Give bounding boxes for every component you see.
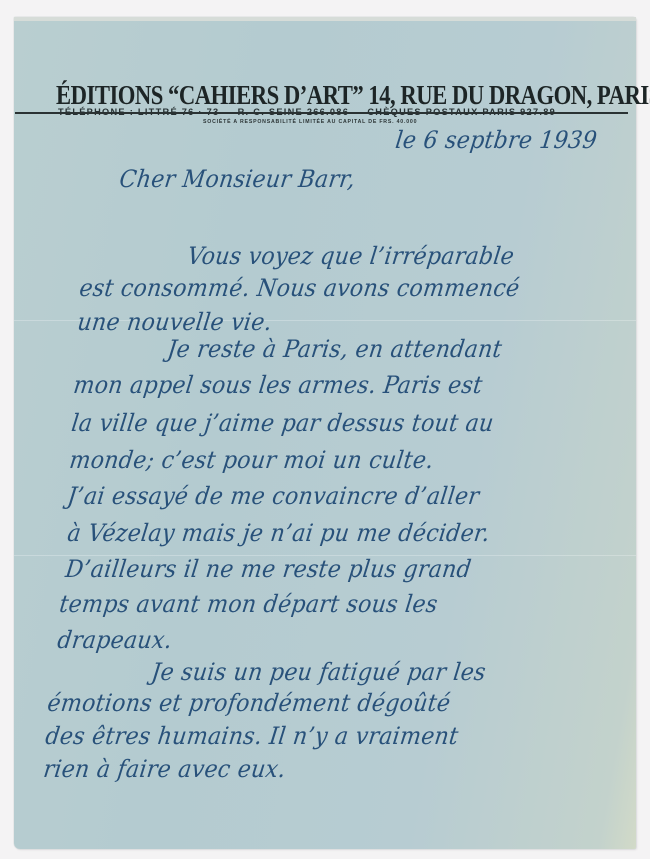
- letter-line: est consommé. Nous avons commencé: [78, 275, 521, 301]
- letter-line: émotions et profondément dégoûté: [46, 690, 452, 716]
- letter-line: J’ai essayé de me convaincre d’aller: [66, 483, 481, 509]
- letter-line: à Vézelay mais je n’ai pu me décider.: [66, 520, 491, 546]
- letter-line: drapeaux.: [56, 627, 174, 653]
- letterhead-legal-line: SOCIÉTÉ A RESPONSABILITÉ LIMITÉE AU CAPI…: [203, 119, 417, 126]
- letter-sheet: ÉDITIONS “CAHIERS D’ART” 14, RUE DU DRAG…: [14, 17, 636, 849]
- letterhead-divider: [15, 112, 628, 114]
- letter-line: D’ailleurs il ne me reste plus grand: [64, 556, 473, 582]
- letterhead-title-text: ÉDITIONS “CAHIERS D’ART” 14, RUE DU DRAG…: [56, 80, 650, 110]
- letterhead-title: ÉDITIONS “CAHIERS D’ART” 14, RUE DU DRAG…: [56, 81, 516, 109]
- letter-line: une nouvelle vie.: [76, 309, 274, 335]
- letter-line: monde; c’est pour moi un culte.: [68, 447, 435, 473]
- letter-line: des êtres humains. Il n’y a vraiment: [44, 723, 460, 749]
- letter-line: Je suis un peu fatigué par les: [150, 659, 487, 685]
- letter-line: Vous voyez que l’irréparable: [186, 243, 516, 269]
- letter-line: la ville que j’aime par dessus tout au: [70, 410, 495, 436]
- letter-line: rien à faire avec eux.: [42, 756, 287, 782]
- letter-line: mon appel sous les armes. Paris est: [72, 372, 484, 398]
- letter-line: temps avant mon départ sous les: [58, 591, 439, 617]
- letter-line: Je reste à Paris, en attendant: [166, 336, 504, 362]
- letter-date: le 6 septbre 1939: [394, 127, 599, 153]
- letter-salutation: Cher Monsieur Barr,: [118, 166, 357, 192]
